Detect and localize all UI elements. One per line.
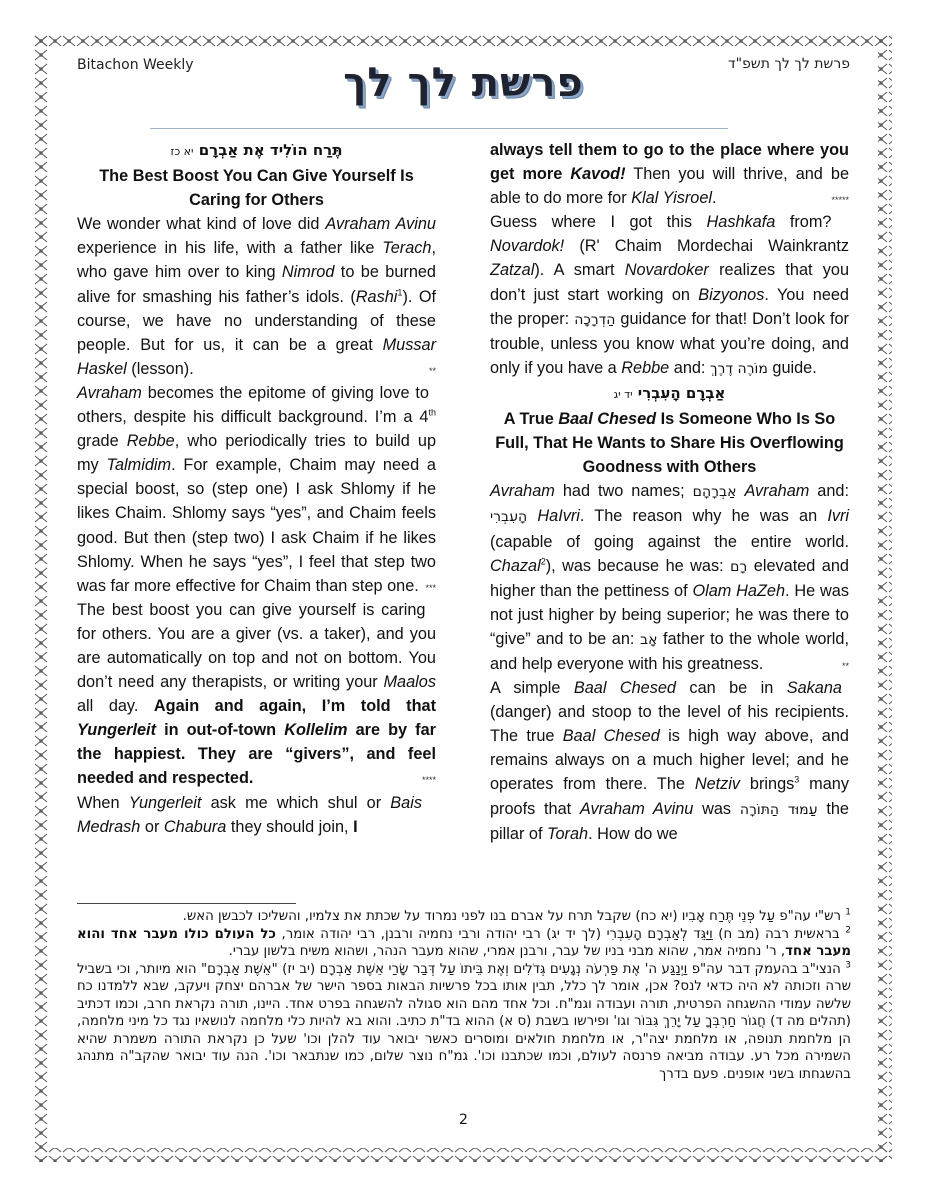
footnote-3: 3 הנצי"ב בהעמק דבר עה"פ וַיְנַגַּע ה' אֶ… — [77, 961, 851, 1084]
footnote-divider — [77, 903, 296, 904]
footnotes: 1 רש"י עה"פ עַל פְּנֵי תֶּרַח אָבִיו (יא… — [77, 908, 851, 1083]
section2-hebrew-verse: אַבְרָם הָעִבְרִי יד יג — [490, 381, 849, 407]
verse-text: תֶּרַח הוֹלִיד אֶת אַבְרָם — [199, 141, 343, 159]
footnote-ref-1[interactable]: 1 — [397, 287, 402, 297]
paragraph: When Yungerleit ask me which shul or Bai… — [77, 791, 436, 839]
paragraph: A simple Baal Chesed can be in Sakana (d… — [490, 676, 849, 846]
paragraph: Avraham had two names; אַבְרָהָם Avraham… — [490, 479, 849, 676]
footnote-2: 2 בראשית רבה (מב ח) וַיַּגֵּד לְאַבְרָם … — [77, 926, 851, 961]
paragraph: The best boost you can give yourself is … — [77, 598, 436, 791]
hebrew-term: הַדְרָכָה — [574, 312, 615, 328]
paragraph: Guess where I got this Hashkafa from? No… — [490, 210, 849, 381]
section-separator: ***** — [831, 188, 849, 212]
section2-heading: A True Baal Chesed Is Someone Who Is So … — [490, 407, 849, 479]
footnote-1: 1 רש"י עה"פ עַל פְּנֵי תֶּרַח אָבִיו (יא… — [77, 908, 851, 926]
section-separator: **** — [422, 768, 436, 792]
hebrew-term: מוֹרֶה דֶרֶךְ — [710, 361, 768, 377]
section-separator: ** — [842, 654, 849, 678]
paragraph: Avraham becomes the epitome of giving lo… — [77, 381, 436, 598]
paragraph: We wonder what kind of love did Avraham … — [77, 212, 436, 381]
left-column: תֶּרַח הוֹלִיד אֶת אַבְרָם יא כז The Bes… — [77, 138, 436, 839]
verse-citation: יד יג — [614, 388, 633, 401]
section-separator: *** — [425, 576, 436, 600]
verse-text: אַבְרָם הָעִבְרִי — [638, 384, 726, 402]
right-column: always tell them to go to the place wher… — [490, 138, 849, 846]
footnote-ref-3[interactable]: 3 — [794, 775, 799, 785]
title-divider — [150, 128, 728, 129]
page-number: 2 — [0, 1112, 927, 1128]
section1-heading: The Best Boost You Can Give Yourself Is … — [77, 164, 436, 212]
verse-citation: יא כז — [171, 145, 194, 158]
paragraph: always tell them to go to the place wher… — [490, 138, 849, 210]
footnote-ref-2[interactable]: 2 — [541, 556, 546, 566]
page-title: פרשת לך לך — [0, 60, 927, 106]
section-separator: ** — [429, 359, 436, 383]
section1-hebrew-verse: תֶּרַח הוֹלִיד אֶת אַבְרָם יא כז — [77, 138, 436, 164]
